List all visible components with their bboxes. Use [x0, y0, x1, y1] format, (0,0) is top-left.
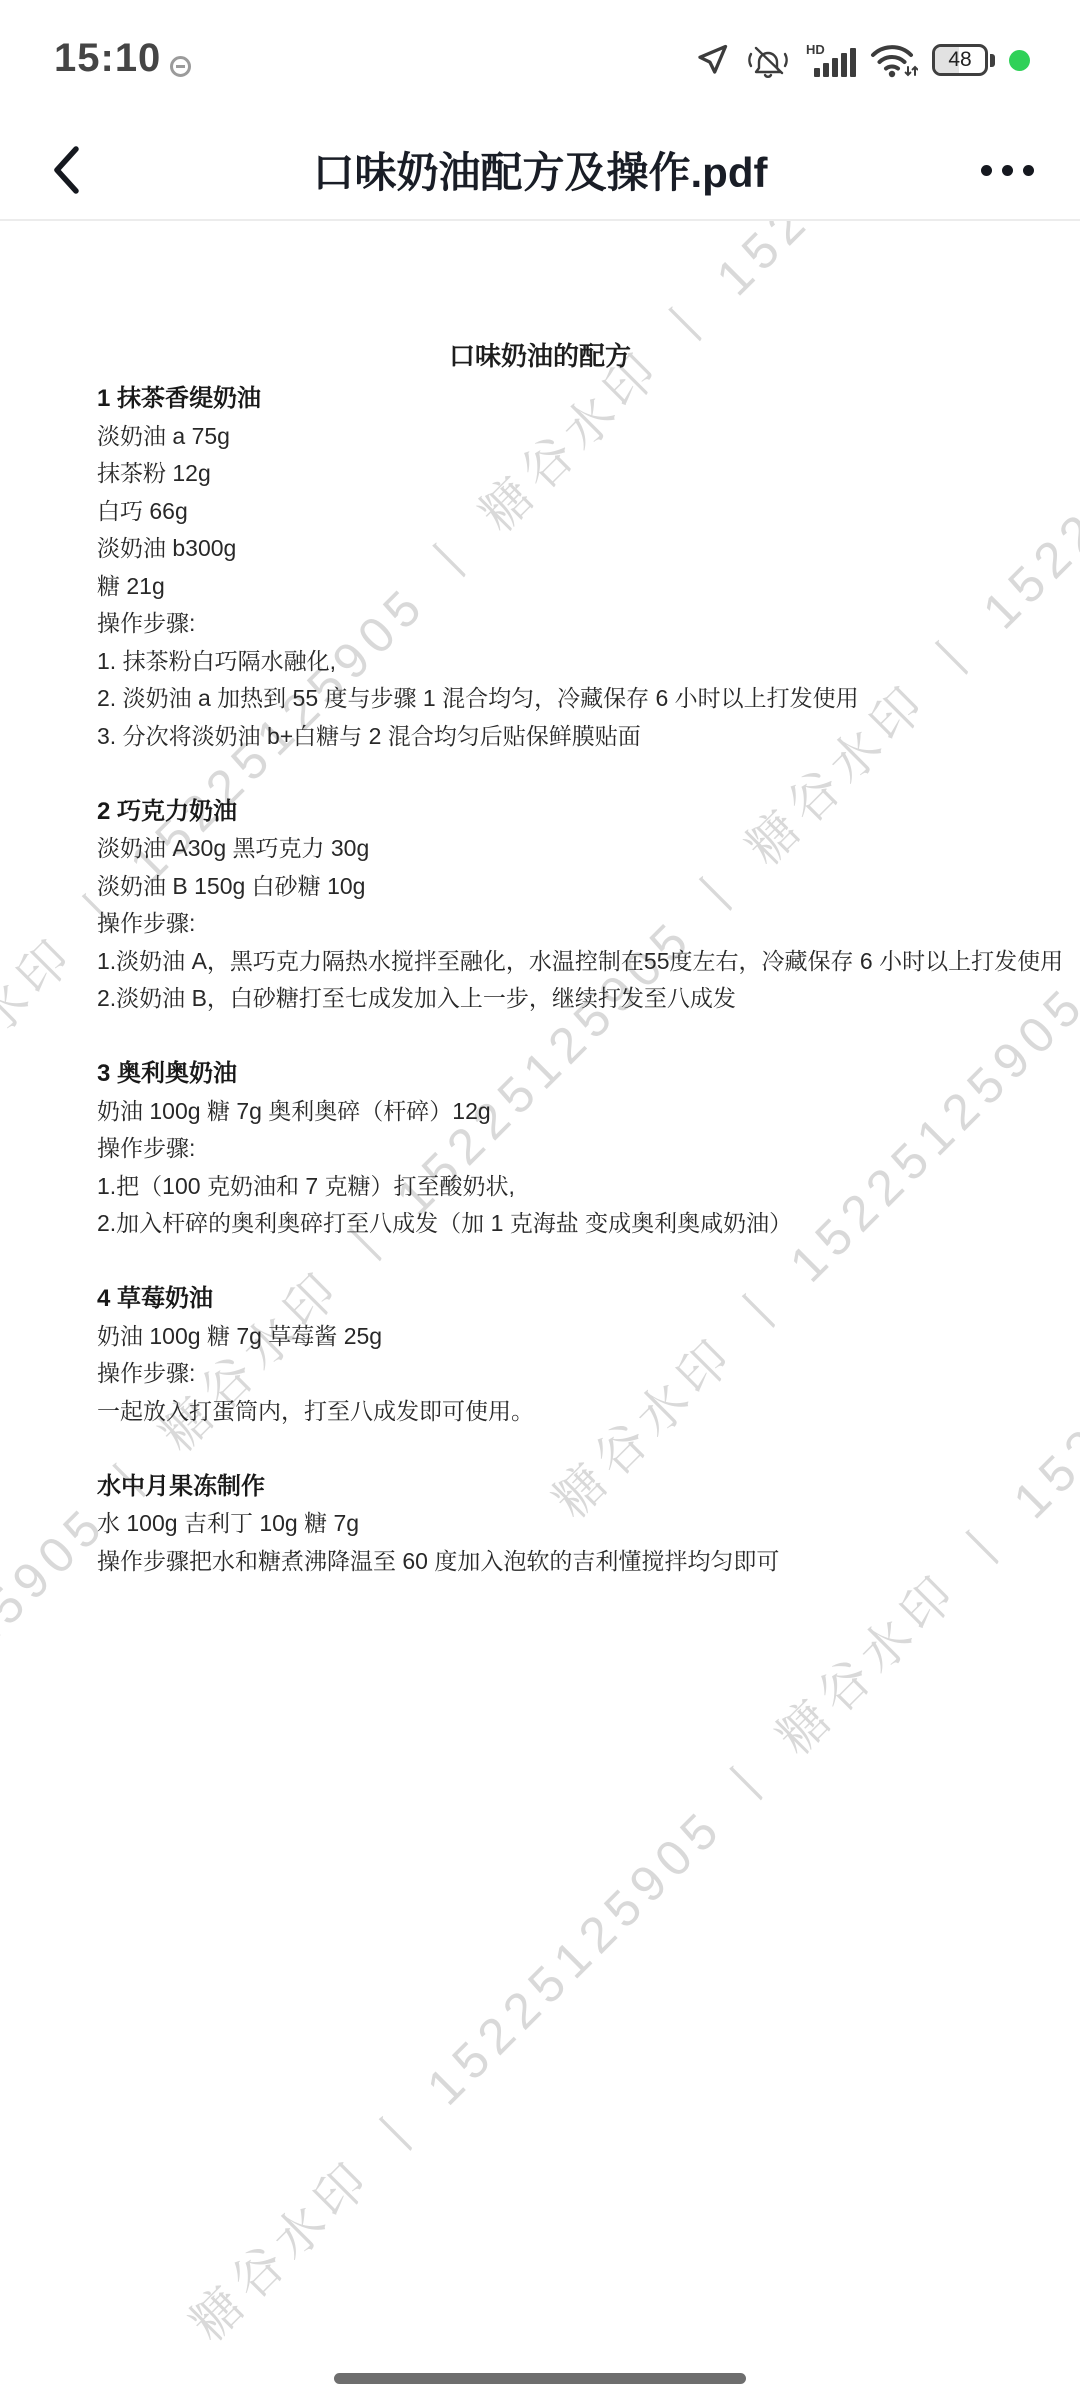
text-line: 奶油 100g 糖 7g 奥利奥碎（杆碎）12g	[97, 1093, 1080, 1131]
recipe-section-3: 3 奥利奥奶油奶油 100g 糖 7g 奥利奥碎（杆碎）12g操作步骤:1.把（…	[97, 1055, 1080, 1243]
text-line: 淡奶油 B 150g 白砂糖 10g	[97, 868, 1080, 906]
section-heading: 2 巧克力奶油	[97, 793, 1080, 831]
text-line: 操作步骤:	[97, 605, 1080, 643]
text-line: 2.淡奶油 B，白砂糖打至七成发加入上一步，继续打发至八成发	[97, 980, 1080, 1018]
status-bar: 15:10 HD	[0, 0, 1080, 120]
home-indicator[interactable]	[334, 2373, 746, 2384]
section-heading: 1 抹茶香缇奶油	[97, 380, 1080, 418]
recipe-section-1: 1 抹茶香缇奶油淡奶油 a 75g抹茶粉 12g白巧 66g淡奶油 b300g糖…	[97, 380, 1080, 755]
text-line: 淡奶油 a 75g	[97, 418, 1080, 456]
chevron-left-icon	[50, 144, 82, 196]
section-heading: 水中月果冻制作	[97, 1468, 1080, 1506]
text-line: 2.加入杆碎的奥利奥碎打至八成发（加 1 克海盐 变成奥利奥咸奶油）	[97, 1205, 1080, 1243]
battery-icon: 48	[932, 44, 995, 76]
location-icon	[694, 42, 730, 78]
text-line: 操作步骤:	[97, 1130, 1080, 1168]
text-line: 淡奶油 A30g 黑巧克力 30g	[97, 830, 1080, 868]
battery-percent: 48	[948, 48, 971, 72]
wifi-icon	[870, 42, 918, 78]
text-line: 操作步骤:	[97, 1355, 1080, 1393]
alarm-badge-icon	[170, 56, 191, 77]
recipe-section-4: 4 草莓奶油奶油 100g 糖 7g 草莓酱 25g操作步骤:一起放入打蛋筒内，…	[97, 1280, 1080, 1430]
text-line: 3. 分次将淡奶油 b+白糖与 2 混合均匀后贴保鲜膜贴面	[97, 718, 1080, 756]
text-line: 抹茶粉 12g	[97, 455, 1080, 493]
svg-text:HD: HD	[806, 42, 825, 57]
section-heading: 4 草莓奶油	[97, 1280, 1080, 1318]
clock: 15:10	[54, 36, 161, 81]
phone-screen: 15:10 HD	[0, 0, 1080, 2404]
text-line: 2. 淡奶油 a 加热到 55 度与步骤 1 混合均匀，冷藏保存 6 小时以上打…	[97, 680, 1080, 718]
text-line: 1. 抹茶粉白巧隔水融化,	[97, 643, 1080, 681]
text-line: 水 100g 吉利丁 10g 糖 7g	[97, 1505, 1080, 1543]
text-line: 操作步骤:	[97, 905, 1080, 943]
document-sections: 1 抹茶香缇奶油淡奶油 a 75g抹茶粉 12g白巧 66g淡奶油 b300g糖…	[0, 221, 1080, 1580]
text-line: 一起放入打蛋筒内，打至八成发即可使用。	[97, 1393, 1080, 1431]
section-heading: 3 奥利奥奶油	[97, 1055, 1080, 1093]
text-line: 白巧 66g	[97, 493, 1080, 531]
text-line: 奶油 100g 糖 7g 草莓酱 25g	[97, 1318, 1080, 1356]
text-line: 1.淡奶油 A，黑巧克力隔热水搅拌至融化，水温控制在55度左右，冷藏保存 6 小…	[97, 943, 1080, 981]
ellipsis-icon	[981, 165, 992, 176]
text-line: 1.把（100 克奶油和 7 克糖）打至酸奶状,	[97, 1168, 1080, 1206]
text-line: 操作步骤把水和糖煮沸降温至 60 度加入泡软的吉利懂搅拌均匀即可	[97, 1543, 1080, 1581]
back-button[interactable]	[46, 142, 86, 198]
recipe-section-2: 2 巧克力奶油淡奶油 A30g 黑巧克力 30g淡奶油 B 150g 白砂糖 1…	[97, 793, 1080, 1018]
recipe-section-5: 水中月果冻制作水 100g 吉利丁 10g 糖 7g操作步骤把水和糖煮沸降温至 …	[97, 1468, 1080, 1581]
hd-signal-icon: HD	[806, 42, 856, 78]
status-icon-cluster: HD	[694, 40, 1030, 80]
more-options-button[interactable]	[977, 120, 1038, 220]
mute-vibrate-icon	[744, 42, 792, 78]
pdf-document-view[interactable]: 糖谷水印 丨 15225125905 丨 糖谷水印 丨 15225125905 …	[0, 221, 1080, 2404]
text-line: 淡奶油 b300g	[97, 530, 1080, 568]
text-line: 糖 21g	[97, 568, 1080, 606]
page-title: 口味奶油配方及操作.pdf	[120, 120, 960, 220]
privacy-dot	[1009, 50, 1030, 71]
nav-bar: 口味奶油配方及操作.pdf	[0, 120, 1080, 221]
